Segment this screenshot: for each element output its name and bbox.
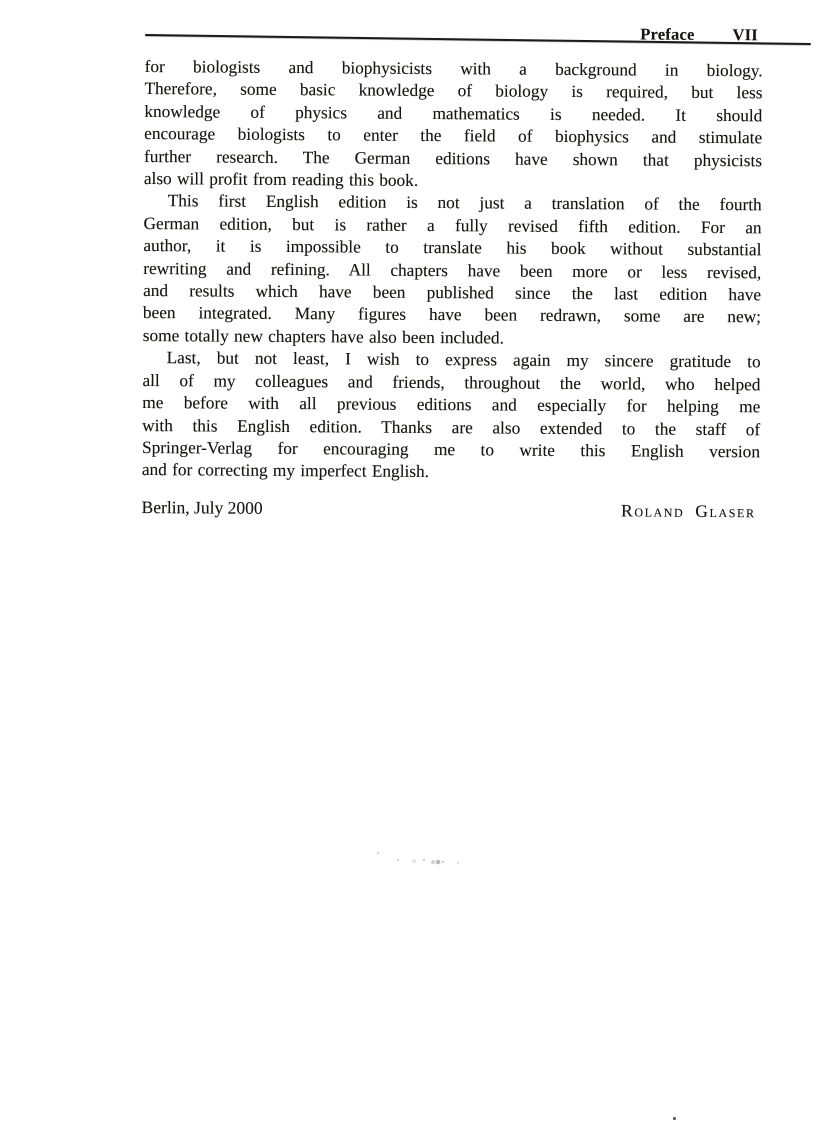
author-name: Roland Glaser xyxy=(621,500,760,522)
scan-smudge-artifact xyxy=(376,851,378,853)
signoff: Berlin, July 2000 Roland Glaser xyxy=(142,497,760,522)
page-number: VII xyxy=(732,24,758,45)
body-text: for biologists and biophysicists with a … xyxy=(142,56,763,486)
paragraph-3: Last, but not least, I wish to express a… xyxy=(142,347,761,486)
paragraph-1: for biologists and biophysicists with a … xyxy=(144,56,763,195)
running-head-title: Preface xyxy=(640,23,694,44)
scan-dot-artifact xyxy=(673,1117,676,1120)
text-line: and for correcting my imperfect English. xyxy=(142,459,760,486)
paragraph-2: This first English edition is not just a… xyxy=(143,190,762,351)
page-header: Preface VII xyxy=(145,20,763,45)
scanned-book-page: Preface VII for biologists and biophysic… xyxy=(0,0,816,1123)
page-content: Preface VII for biologists and biophysic… xyxy=(142,20,763,522)
place-date: Berlin, July 2000 xyxy=(142,497,263,519)
